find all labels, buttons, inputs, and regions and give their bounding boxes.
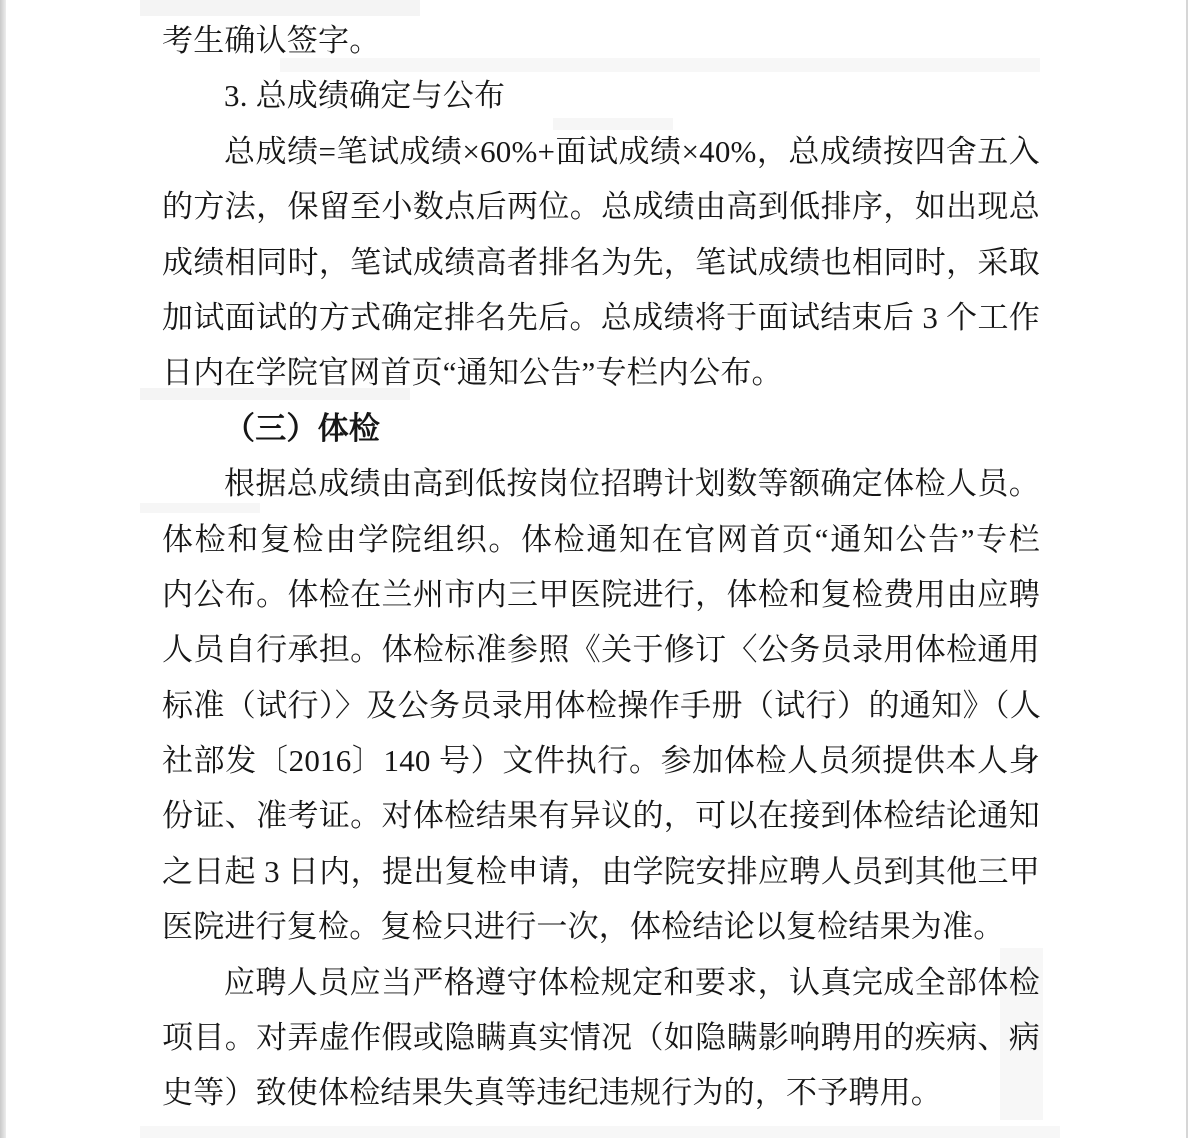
- document-line: 之日起 3 日内，提出复检申请，由学院安排应聘人员到其他三甲: [162, 844, 1040, 899]
- document-line: 项目。对弄虚作假或隐瞒真实情况（如隐瞒影响聘用的疾病、病: [162, 1010, 1040, 1065]
- document-line: 的方法，保留至小数点后两位。总成绩由高到低排序，如出现总: [162, 179, 1040, 234]
- scan-edge-left: [0, 0, 6, 1138]
- document-line: 成绩相同时，笔试成绩高者排名为先，笔试成绩也相同时，采取: [162, 235, 1040, 290]
- document-line: 份证、准考证。对体检结果有异议的，可以在接到体检结论通知: [162, 788, 1040, 843]
- document-line: 内公布。体检在兰州市内三甲医院进行，体检和复检费用由应聘: [162, 567, 1040, 622]
- document-line: 总成绩=笔试成绩×60%+面试成绩×40%，总成绩按四舍五入: [162, 124, 1040, 179]
- document-line: 加试面试的方式确定排名先后。总成绩将于面试结束后 3 个工作: [162, 290, 1040, 345]
- scanned-document-page: 考生确认签字。 3. 总成绩确定与公布 总成绩=笔试成绩×60%+面试成绩×40…: [0, 0, 1192, 1138]
- document-line: 社部发〔2016〕140 号）文件执行。参加体检人员须提供本人身: [162, 733, 1040, 788]
- subsection-heading-total-score: 3. 总成绩确定与公布: [162, 68, 1040, 123]
- document-body: 考生确认签字。 3. 总成绩确定与公布 总成绩=笔试成绩×60%+面试成绩×40…: [162, 13, 1040, 1121]
- scan-edge-right: [1186, 0, 1188, 1138]
- document-line: 人员自行承担。体检标准参照《关于修订〈公务员录用体检通用: [162, 622, 1040, 677]
- scan-artifact: [140, 1126, 1060, 1138]
- document-line: 应聘人员应当严格遵守体检规定和要求，认真完成全部体检: [162, 955, 1040, 1010]
- document-line: 根据总成绩由高到低按岗位招聘计划数等额确定体检人员。: [162, 456, 1040, 511]
- document-line: 体检和复检由学院组织。体检通知在官网首页“通知公告”专栏: [162, 512, 1040, 567]
- document-line: 标准（试行）〉及公务员录用体检操作手册（试行）的通知》（人: [162, 678, 1040, 733]
- document-line: 考生确认签字。: [162, 13, 1040, 68]
- document-line: 医院进行复检。复检只进行一次，体检结论以复检结果为准。: [162, 899, 1040, 954]
- document-line: 日内在学院官网首页“通知公告”专栏内公布。: [162, 345, 1040, 400]
- section-heading-physical-exam: （三）体检: [162, 401, 1040, 456]
- document-line: 史等）致使体检结果失真等违纪违规行为的，不予聘用。: [162, 1065, 1040, 1120]
